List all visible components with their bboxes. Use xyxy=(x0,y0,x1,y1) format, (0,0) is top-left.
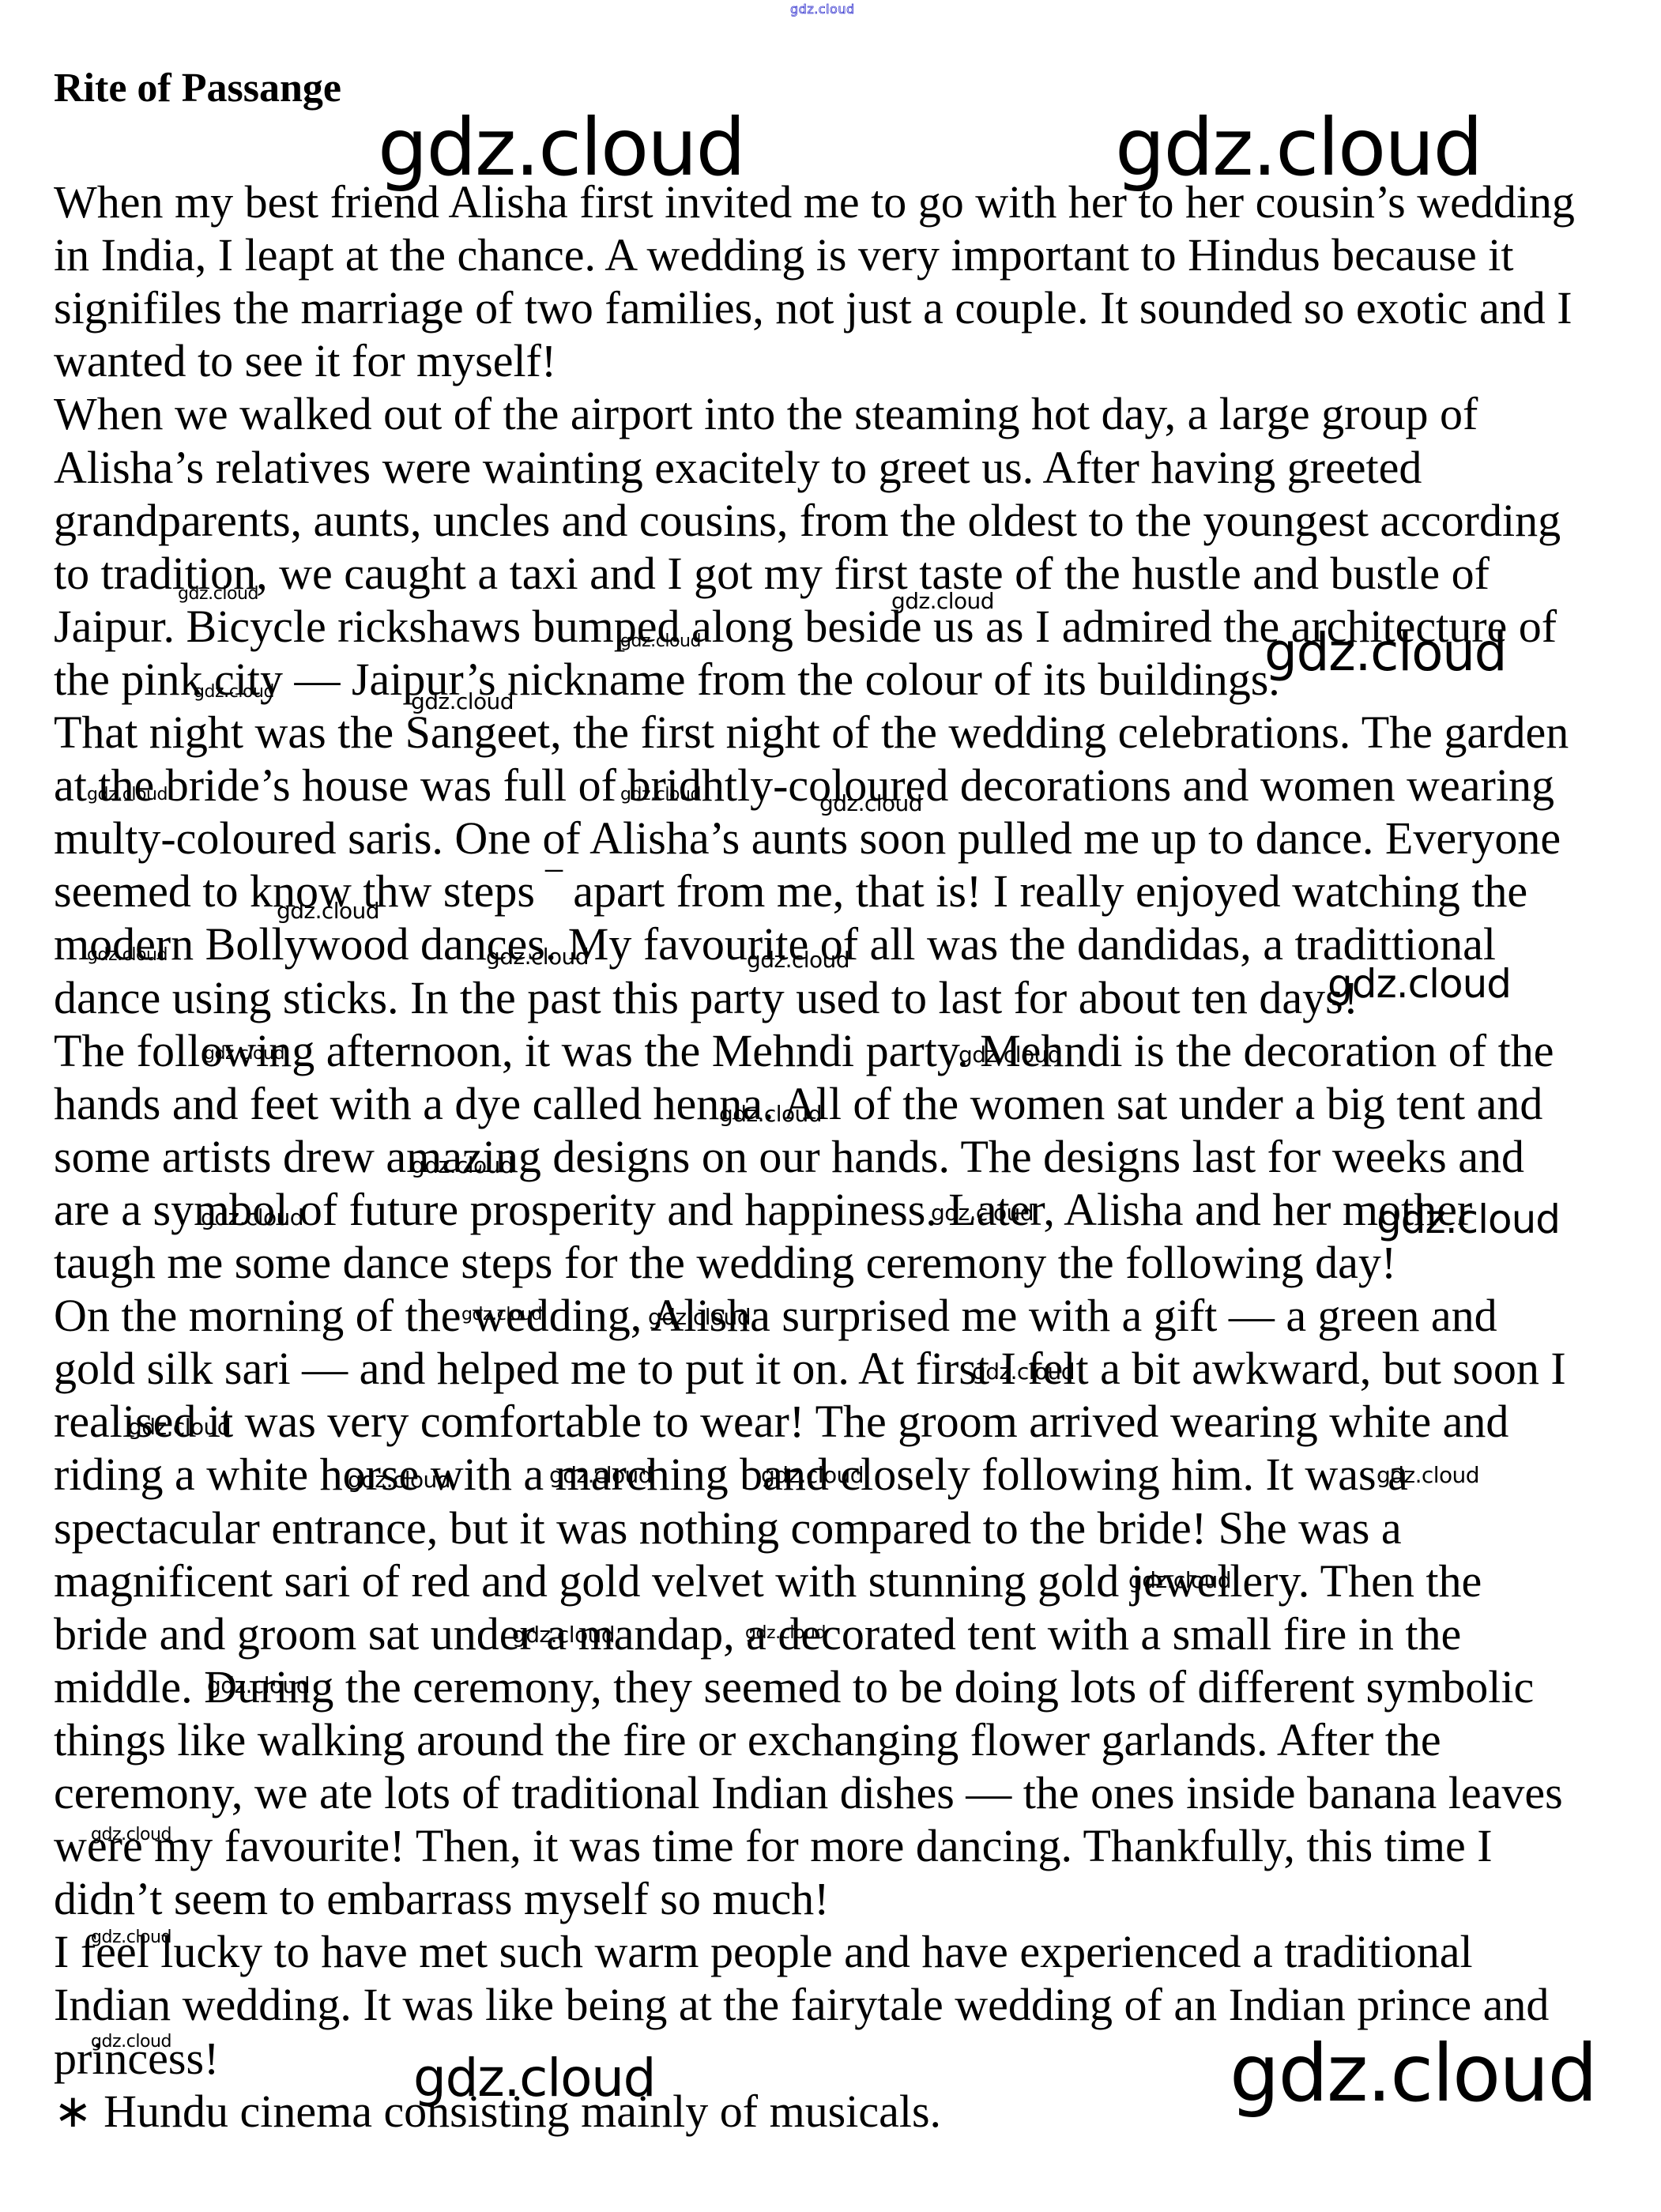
watermark: gdz.cloud xyxy=(87,786,168,804)
body-line: Alisha’s relatives were wainting exacite… xyxy=(54,445,1422,491)
document-page: gdz.cloud Rite of Passange When my best … xyxy=(0,0,1661,2212)
watermark: gdz.cloud xyxy=(461,1306,542,1324)
watermark: gdz.cloud xyxy=(201,1207,303,1229)
body-line: magnificent sari of red and gold velvet … xyxy=(54,1558,1482,1604)
body-line: signifiles the marriage of two families,… xyxy=(54,285,1572,331)
body-line: things like walking around the fire or e… xyxy=(54,1717,1441,1763)
body-line: gold silk sari — and helped me to put it… xyxy=(54,1346,1566,1392)
watermark: gdz.cloud xyxy=(959,1044,1061,1066)
watermark: gdz.cloud xyxy=(1377,1200,1560,1239)
watermark: gdz.cloud xyxy=(620,786,701,804)
watermark: gdz.cloud xyxy=(128,1416,231,1438)
watermark: gdz.cloud xyxy=(411,1155,514,1177)
watermark: gdz.cloud xyxy=(648,1306,751,1328)
watermark: gdz.cloud xyxy=(747,949,849,971)
watermark: gdz.cloud xyxy=(972,1361,1075,1383)
watermark: gdz.cloud xyxy=(413,2052,655,2105)
watermark: gdz.cloud xyxy=(204,1046,284,1063)
body-line: in India, I leapt at the chance. A weddi… xyxy=(54,232,1513,278)
watermark: gdz.cloud xyxy=(1264,627,1506,679)
body-line: When we walked out of the airport into t… xyxy=(54,391,1478,437)
watermark: gdz.cloud xyxy=(1128,1570,1231,1592)
watermark: gdz.cloud xyxy=(1230,2034,1596,2113)
watermark: gdz.cloud xyxy=(891,590,994,612)
watermark: gdz.cloud xyxy=(411,691,514,713)
watermark: gdz.cloud xyxy=(348,1469,450,1491)
body-line: On the morning of the wedding, Alisha su… xyxy=(54,1293,1497,1339)
header-watermark: gdz.cloud xyxy=(790,2,855,17)
watermark: gdz.cloud xyxy=(277,900,379,922)
watermark: gdz.cloud xyxy=(91,1826,171,1844)
body-line: to tradition, we caught a taxi and I got… xyxy=(54,551,1490,597)
body-line: taugh me some dance steps for the weddin… xyxy=(54,1240,1396,1286)
watermark: gdz.cloud xyxy=(719,1103,822,1125)
watermark: gdz.cloud xyxy=(486,946,589,968)
body-line: realised it was very comfortable to wear… xyxy=(54,1399,1508,1445)
watermark: gdz.cloud xyxy=(178,586,258,603)
watermark: gdz.cloud xyxy=(194,684,274,701)
watermark: gdz.cloud xyxy=(1377,1464,1479,1487)
watermark: gdz.cloud xyxy=(87,947,168,964)
body-line: were my favourite! Then, it was time for… xyxy=(54,1823,1493,1869)
body-line: grandparents, aunts, uncles and cousins,… xyxy=(54,498,1561,544)
watermark: gdz.cloud xyxy=(378,108,744,187)
watermark: gdz.cloud xyxy=(761,1464,864,1487)
body-line: I feel lucky to have met such warm peopl… xyxy=(54,1929,1473,1975)
body-line: riding a white horse with a marching ban… xyxy=(54,1452,1408,1498)
body-line: Indian wedding. It was like being at the… xyxy=(54,1982,1549,2028)
body-line: multy-coloured saris. One of Alisha’s au… xyxy=(54,816,1561,861)
body-line: wanted to see it for myself! xyxy=(54,338,556,384)
document-title: Rite of Passange xyxy=(54,68,341,109)
watermark: gdz.cloud xyxy=(745,1625,826,1642)
watermark: gdz.cloud xyxy=(819,793,922,815)
watermark: gdz.cloud xyxy=(91,2033,171,2051)
body-line: seemed to know thw steps ‾ apart from me… xyxy=(54,869,1527,914)
body-line: at the bride’s house was full of bridhtl… xyxy=(54,763,1554,808)
watermark: gdz.cloud xyxy=(207,1675,310,1697)
body-line: dance using sticks. In the past this par… xyxy=(54,975,1358,1021)
body-line: didn’t seem to embarrass myself so much! xyxy=(54,1876,830,1922)
watermark: gdz.cloud xyxy=(549,1464,652,1487)
watermark: gdz.cloud xyxy=(931,1202,1034,1224)
body-line: ceremony, we ate lots of traditional Ind… xyxy=(54,1770,1563,1816)
watermark: gdz.cloud xyxy=(512,1624,615,1646)
watermark: gdz.cloud xyxy=(1328,964,1511,1004)
body-line: That night was the Sangeet, the first ni… xyxy=(54,710,1569,756)
body-line: spectacular entrance, but it was nothing… xyxy=(54,1505,1402,1551)
watermark: gdz.cloud xyxy=(1115,108,1482,187)
watermark: gdz.cloud xyxy=(91,1929,171,1946)
watermark: gdz.cloud xyxy=(620,633,701,650)
body-line: some artists drew amazing designs on our… xyxy=(54,1134,1524,1180)
